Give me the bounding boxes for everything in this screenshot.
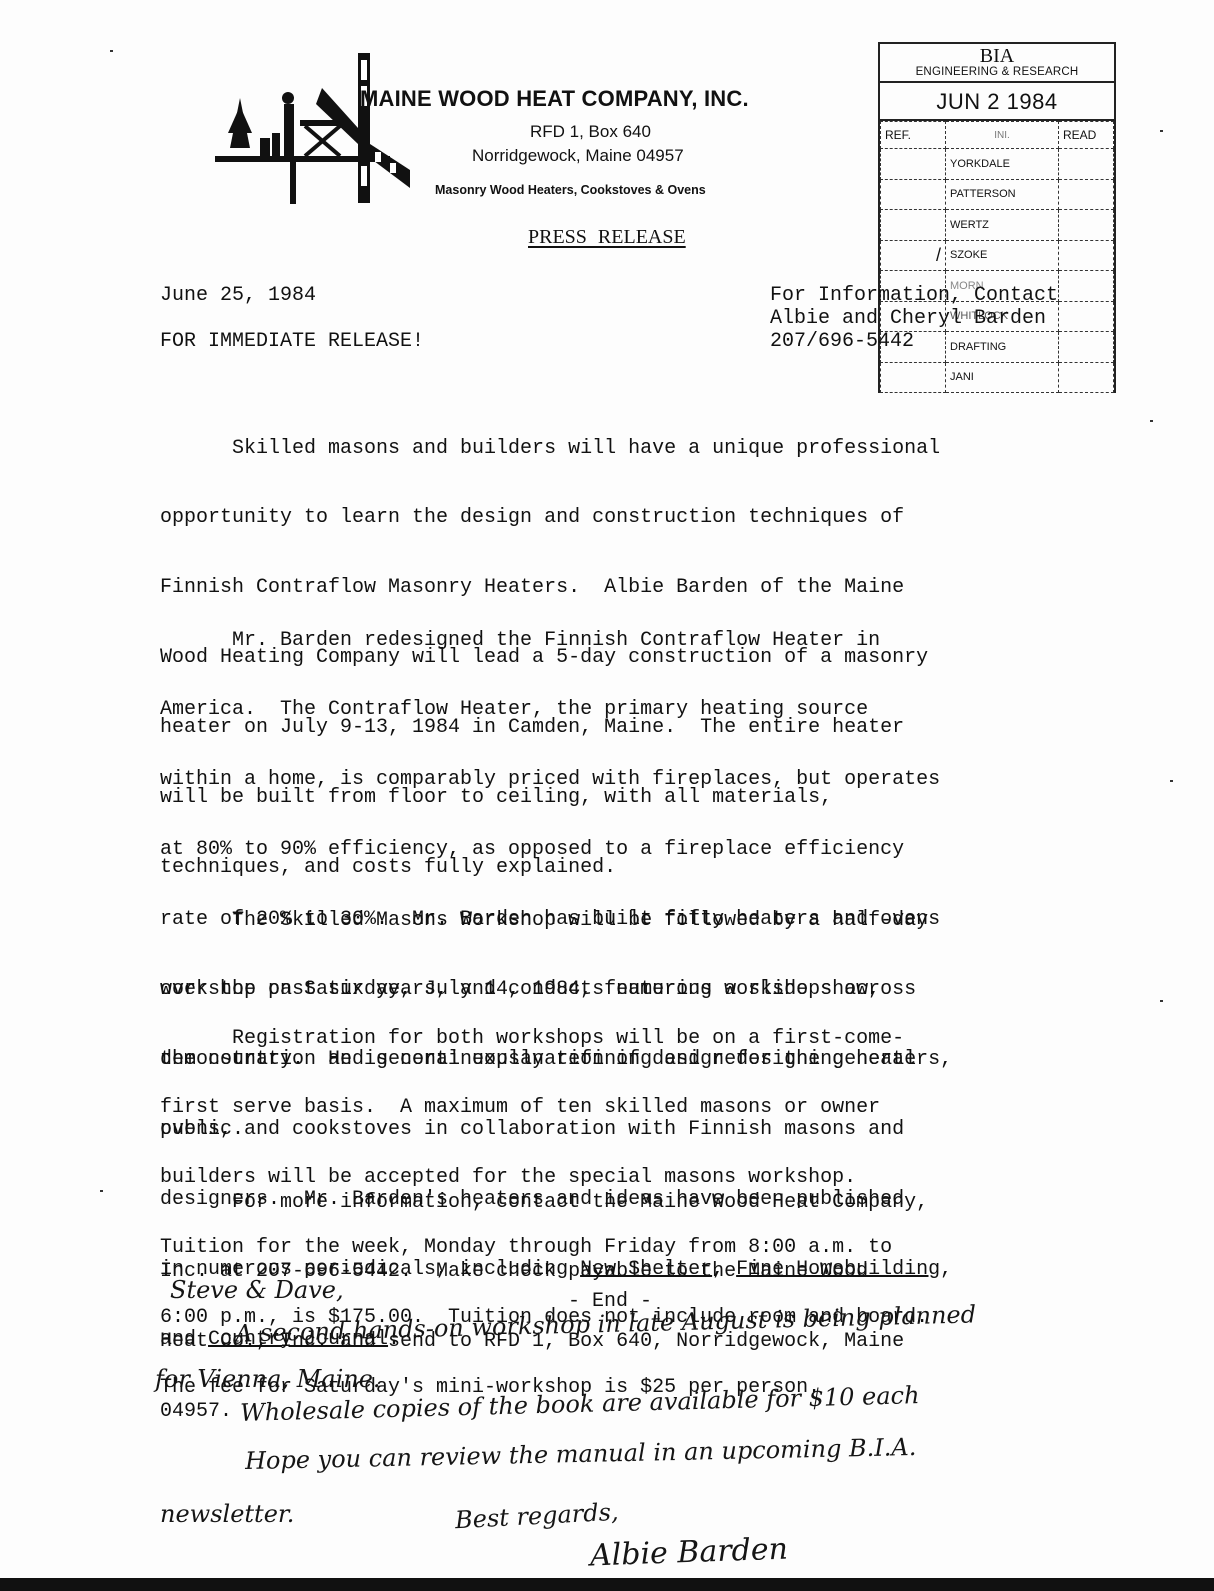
contact-label: For Information, Contact bbox=[770, 284, 1058, 307]
text-line: The Skilled Masons Workshop will be foll… bbox=[160, 909, 1120, 932]
routing-name: SZOKE bbox=[946, 240, 1059, 271]
company-name: MAINE WOOD HEAT COMPANY, INC. bbox=[360, 86, 749, 112]
scan-speck bbox=[1160, 1000, 1163, 1002]
routing-ref bbox=[881, 149, 946, 180]
text-line: at 80% to 90% efficiency, as opposed to … bbox=[160, 838, 1120, 861]
routing-ref: / bbox=[881, 240, 946, 271]
handwritten-signature: Albie Barden bbox=[589, 1532, 788, 1574]
routing-read bbox=[1059, 240, 1114, 271]
release-date: June 25, 1984 bbox=[160, 284, 316, 307]
text-line: Skilled masons and builders will have a … bbox=[160, 437, 1120, 460]
routing-header-row: REF. INI. READ bbox=[881, 122, 1114, 149]
handwritten-line-2: for Vienna, Maine. bbox=[155, 1365, 381, 1393]
text-line: America. The Contraflow Heater, the prim… bbox=[160, 698, 1120, 721]
routing-read bbox=[1059, 210, 1114, 241]
text-line: within a home, is comparably priced with… bbox=[160, 768, 1120, 791]
routing-read bbox=[1059, 179, 1114, 210]
handwritten-line-5: newsletter. bbox=[160, 1500, 294, 1528]
document-type-heading: PRESS RELEASE bbox=[528, 226, 686, 249]
scan-speck bbox=[1170, 780, 1173, 782]
stamp-received-date: JUN 2 1984 bbox=[880, 83, 1114, 121]
routing-name: JANI bbox=[946, 362, 1059, 393]
routing-read bbox=[1059, 362, 1114, 393]
text-line: opportunity to learn the design and cons… bbox=[160, 506, 1120, 529]
scan-speck bbox=[110, 50, 113, 52]
routing-row: PATTERSON bbox=[881, 179, 1114, 210]
contact-block: For Information, Contact Albie and Chery… bbox=[770, 284, 1058, 353]
windmill-pine-tree-logo-icon bbox=[210, 48, 420, 208]
routing-read bbox=[1059, 332, 1114, 363]
routing-name: YORKDALE bbox=[946, 149, 1059, 180]
address-line-1: RFD 1, Box 640 bbox=[530, 122, 651, 142]
scan-bottom-edge bbox=[0, 1578, 1214, 1591]
company-tagline: Masonry Wood Heaters, Cookstoves & Ovens bbox=[435, 183, 706, 197]
routing-name: PATTERSON bbox=[946, 179, 1059, 210]
address-line-2: Norridgewock, Maine 04957 bbox=[472, 146, 684, 166]
text-line: Mr. Barden redesigned the Finnish Contra… bbox=[160, 629, 1120, 652]
routing-row: JANI bbox=[881, 362, 1114, 393]
routing-read bbox=[1059, 301, 1114, 332]
routing-row: WERTZ bbox=[881, 210, 1114, 241]
routing-read bbox=[1059, 271, 1114, 302]
routing-read bbox=[1059, 149, 1114, 180]
column-read: READ bbox=[1059, 122, 1114, 149]
text-line: Registration for both workshops will be … bbox=[160, 1027, 1120, 1050]
routing-name: WERTZ bbox=[946, 210, 1059, 241]
scan-speck bbox=[1150, 420, 1153, 422]
stamp-department: ENGINEERING & RESEARCH bbox=[880, 66, 1114, 78]
routing-row: /SZOKE bbox=[881, 240, 1114, 271]
column-ref: REF. bbox=[881, 122, 946, 149]
routing-ref bbox=[881, 362, 946, 393]
press-release-page: MAINE WOOD HEAT COMPANY, INC. RFD 1, Box… bbox=[0, 0, 1214, 1591]
handwritten-salutation: Steve & Dave, bbox=[170, 1276, 344, 1304]
scan-speck bbox=[100, 1190, 103, 1192]
text-line: For more information, contact the Maine … bbox=[160, 1191, 1120, 1214]
routing-row: YORKDALE bbox=[881, 149, 1114, 180]
stamp-organization: BIA ENGINEERING & RESEARCH bbox=[880, 44, 1114, 83]
scan-speck bbox=[1160, 130, 1163, 132]
routing-ref bbox=[881, 210, 946, 241]
contact-name: Albie and Cheryl Barden bbox=[770, 307, 1058, 330]
routing-ref bbox=[881, 179, 946, 210]
stamp-org-name: BIA bbox=[880, 46, 1114, 66]
release-instruction: FOR IMMEDIATE RELEASE! bbox=[160, 330, 424, 353]
text-line: first serve basis. A maximum of ten skil… bbox=[160, 1096, 1120, 1119]
handwritten-closing: Best regards, bbox=[454, 1498, 619, 1535]
column-initials: INI. bbox=[946, 122, 1059, 149]
contact-phone: 207/696-5442 bbox=[770, 330, 1058, 353]
